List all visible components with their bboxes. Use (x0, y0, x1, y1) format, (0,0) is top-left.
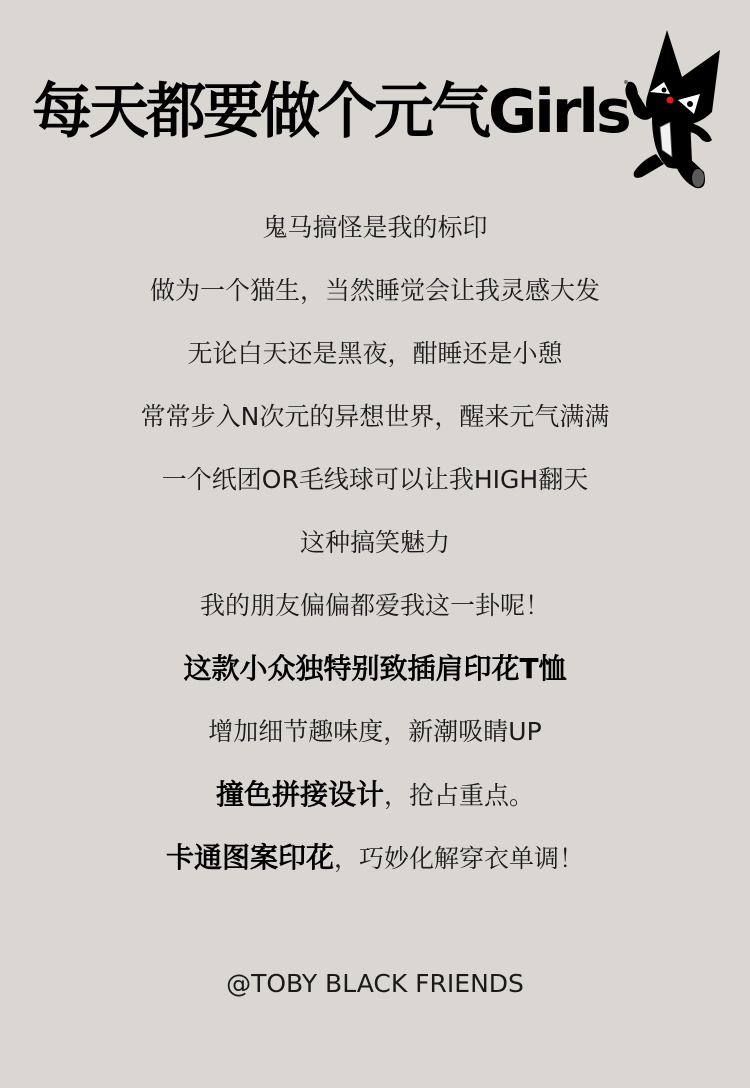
text-line: 无论白天还是黑夜，酣睡还是小憩 (0, 331, 750, 394)
bold-phrase: 卡通图案印花 (166, 841, 334, 874)
page-title: 每天都要做个元气Girls (32, 76, 629, 148)
highlight-line: 这款小众独特别致插肩印花T恤 (0, 646, 750, 709)
text-line: 常常步入N次元的异想世界，醒来元气满满 (0, 394, 750, 457)
description-text: 鬼马搞怪是我的标印 做为一个猫生，当然睡觉会让我灵感大发 无论白天还是黑夜，酣睡… (0, 205, 750, 898)
text-line: 我的朋友偏偏都爱我这一卦呢！ (0, 583, 750, 646)
text-line-mixed: 卡通图案印花，巧妙化解穿衣单调！ (0, 835, 750, 898)
text-line: 做为一个猫生，当然睡觉会让我灵感大发 (0, 268, 750, 331)
text-line: 一个纸团OR毛线球可以让我HIGH翻天 (0, 457, 750, 520)
black-cat-mascot-icon (612, 22, 732, 192)
text-line: 这种搞笑魅力 (0, 520, 750, 583)
text-line: 鬼马搞怪是我的标印 (0, 205, 750, 268)
bold-phrase: 撞色拼接设计 (216, 778, 384, 811)
plain-phrase: ，抢占重点。 (384, 781, 534, 810)
plain-phrase: ，巧妙化解穿衣单调！ (334, 844, 584, 873)
text-line: 增加细节趣味度，新潮吸睛UP (0, 709, 750, 772)
text-line-mixed: 撞色拼接设计，抢占重点。 (0, 772, 750, 835)
brand-credit: @TOBY BLACK FRIENDS (0, 962, 750, 1006)
